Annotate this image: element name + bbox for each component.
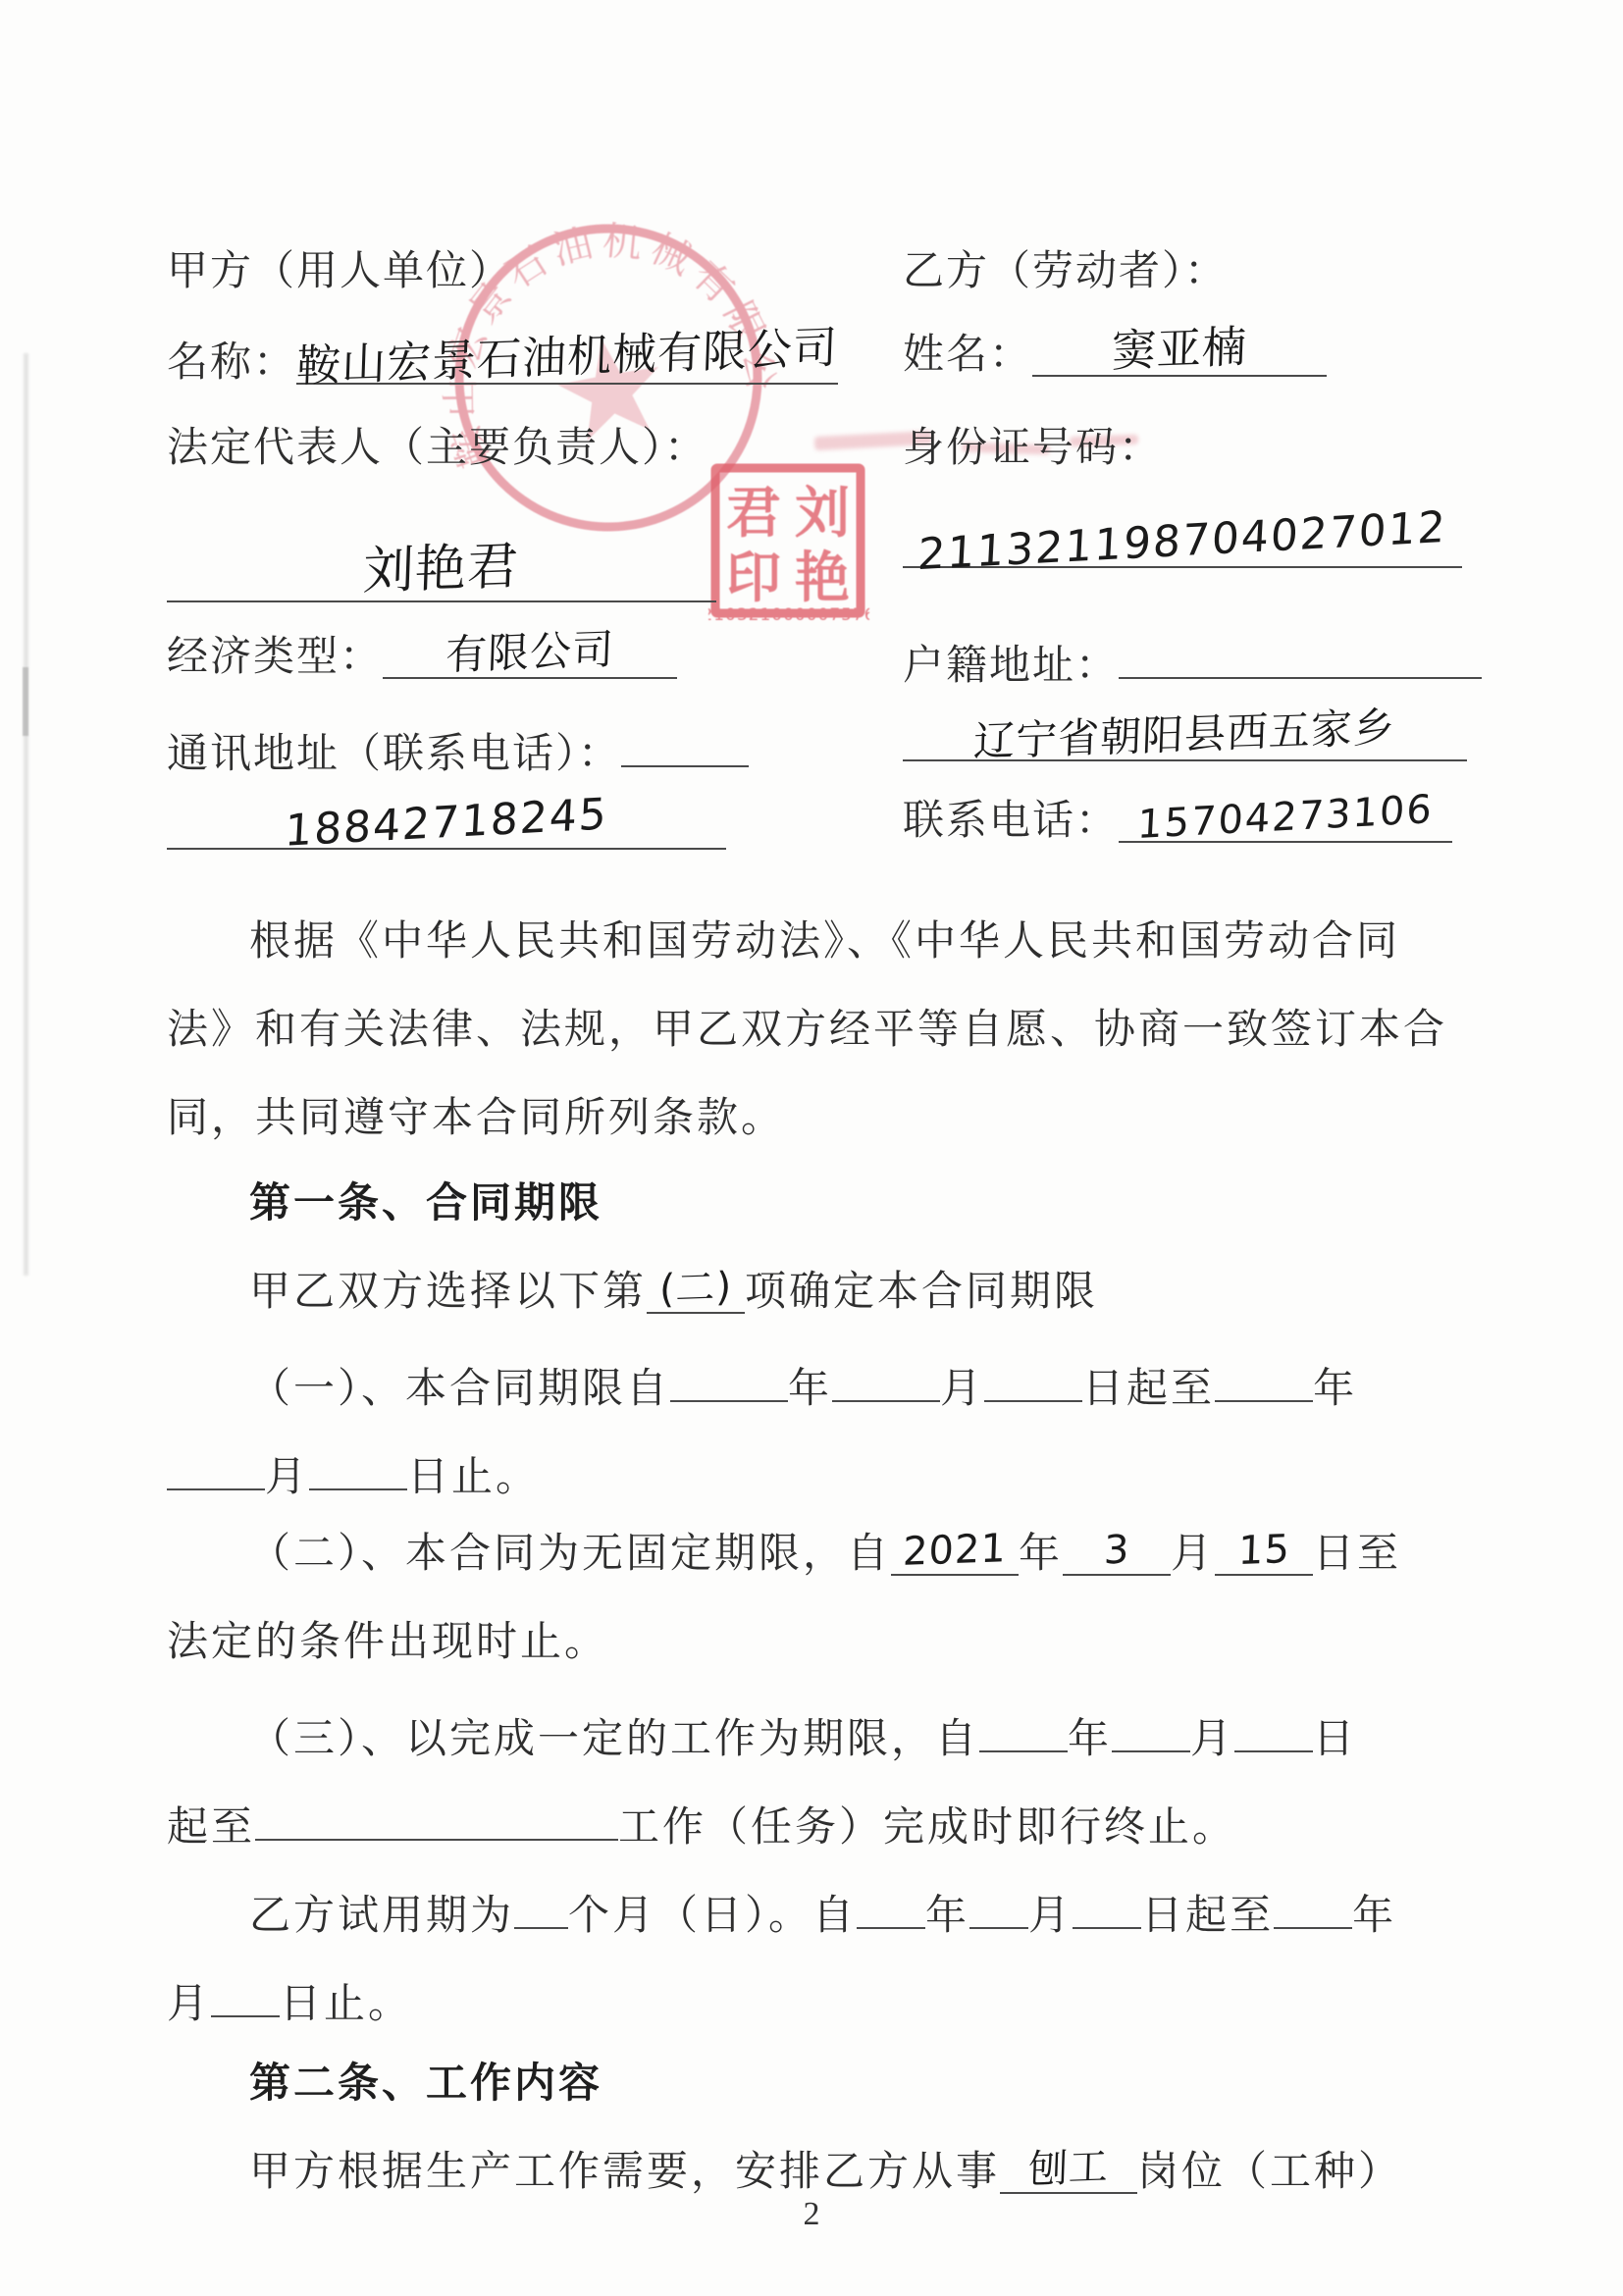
year-token: 年 — [1313, 1367, 1357, 1412]
party-a-title: 甲方（用人单位） — [167, 240, 512, 303]
company-name-field: 鞍山宏景石油机械有限公司 — [296, 332, 838, 385]
year-token: 年 — [788, 1367, 832, 1412]
party-b-phone-row: 联系电话：15704273106 — [903, 790, 1452, 853]
party-a-phone-handwriting: 18842718245 — [284, 793, 609, 853]
party-b-phone-handwriting: 15704273106 — [1136, 790, 1435, 845]
residence-label-row: 户籍地址： — [903, 626, 1482, 689]
residence-label: 户籍地址： — [903, 644, 1119, 689]
economic-type-field: 有限公司 — [383, 626, 677, 679]
term-select-line: 甲乙双方选择以下第(二)项确定本合同期限 — [167, 1261, 1584, 1324]
blank-field — [167, 1437, 265, 1490]
party-a-phone-row: 18842718245 — [167, 797, 726, 860]
party-b-name-row: 姓名：窦亚楠 — [903, 324, 1327, 387]
work-post: 岗位（工种） — [1137, 2150, 1402, 2195]
scan-edge-mark — [23, 667, 28, 736]
option-1-line-2: 月日止。 — [167, 1437, 1501, 1500]
economic-type-row: 经济类型：有限公司 — [167, 626, 677, 689]
residence-value-field: 辽宁省朝阳县西五家乡 — [903, 708, 1467, 761]
start-year-field: 2021 — [891, 1523, 1019, 1576]
worker-name-field: 窦亚楠 — [1032, 324, 1327, 377]
personal-seal-char: 印 — [726, 548, 781, 609]
personal-seal-char: 艳 — [795, 548, 850, 609]
option-3-line-2-pre: 起至 — [167, 1805, 255, 1851]
blank-field — [211, 1964, 280, 2017]
article-1-heading: 第一条、合同期限 — [167, 1173, 1584, 1235]
contract-scan-page: 鞍山宏景石油机械有限公司 刘 艳 君 印 210321000007576 甲方（… — [0, 0, 1623, 2296]
company-name-label: 名称： — [167, 340, 296, 386]
start-month-handwriting: 3 — [1103, 1531, 1130, 1571]
intro-line-2: 法》和有关法律、法规，甲乙双方经平等自愿、协商一致签订本合 — [167, 999, 1501, 1062]
blank-field — [1274, 1876, 1352, 1929]
mailing-address-label: 通讯地址（联系电话）： — [167, 732, 621, 777]
blank-field — [979, 1699, 1068, 1752]
start-day-handwriting: 15 — [1237, 1530, 1290, 1571]
personal-seal-number: 210321000007576 — [708, 605, 869, 625]
blank-field — [984, 1349, 1082, 1402]
month-token: 月 — [1190, 1717, 1234, 1762]
month-token: 月 — [167, 1982, 211, 2027]
start-month-field: 3 — [1063, 1523, 1171, 1576]
party-a-phone-field: 18842718245 — [167, 797, 726, 850]
party-a-name-row: 名称：鞍山宏景石油机械有限公司 — [167, 332, 838, 394]
party-b-phone-field: 15704273106 — [1119, 790, 1452, 843]
option-1-pre: （一）、本合同期限自 — [249, 1367, 670, 1412]
option-1-line-1: （一）、本合同期限自年月日起至年 — [167, 1349, 1584, 1412]
blank-field — [1215, 1349, 1313, 1402]
day-from-token: 日起至 — [1141, 1894, 1274, 1939]
year-token: 年 — [1068, 1717, 1112, 1762]
work-content-line: 甲方根据生产工作需要，安排乙方从事刨工岗位（工种） — [167, 2141, 1584, 2204]
option-3-line-2: 起至工作（任务）完成时即行终止。 — [167, 1788, 1501, 1851]
probation-pre: 乙方试用期为 — [249, 1894, 514, 1939]
option-3-line-1: （三）、以完成一定的工作为期限，自年月日 — [167, 1699, 1584, 1762]
blank-field — [832, 1349, 940, 1402]
personal-seal: 刘 艳 君 印 210321000007576 — [708, 461, 869, 628]
month-token: 月 — [940, 1367, 984, 1412]
mailing-address-blank — [621, 714, 749, 767]
worker-name-handwriting: 窦亚楠 — [1111, 325, 1248, 374]
id-number-handwriting: 211321198704027012 — [916, 506, 1447, 577]
blank-field — [309, 1437, 407, 1490]
task-blank-field — [255, 1788, 618, 1841]
article-2-heading: 第二条、工作内容 — [167, 2053, 1584, 2115]
blank-field — [1073, 1876, 1141, 1929]
year-token: 年 — [925, 1894, 969, 1939]
residence-handwriting: 辽宁省朝阳县西五家乡 — [973, 706, 1396, 762]
residence-value-row: 辽宁省朝阳县西五家乡 — [903, 708, 1467, 771]
month-token: 月 — [265, 1455, 309, 1500]
option-2-line-2: 法定的条件出现时止。 — [167, 1611, 1501, 1674]
probation-line-2: 月日止。 — [167, 1964, 1501, 2027]
blank-field — [969, 1876, 1028, 1929]
personal-seal-char: 刘 — [795, 484, 850, 545]
legal-rep-label: 法定代表人（主要负责人）： — [167, 417, 707, 480]
job-type-field: 刨工 — [1000, 2141, 1137, 2194]
id-number-field: 211321198704027012 — [903, 515, 1462, 568]
blank-field — [1234, 1699, 1313, 1752]
blank-field — [514, 1876, 568, 1929]
year-token: 年 — [1352, 1894, 1396, 1939]
intro-line-3: 同，共同遵守本合同所列条款。 — [167, 1087, 1501, 1150]
start-year-handwriting: 2021 — [902, 1529, 1007, 1572]
blank-field — [670, 1349, 788, 1402]
probation-line-1: 乙方试用期为个月（日）。自年月日起至年 — [167, 1876, 1584, 1939]
residence-field-blank — [1119, 626, 1482, 679]
month-token: 月 — [1028, 1894, 1073, 1939]
economic-type-handwriting: 有限公司 — [445, 629, 614, 676]
id-number-label: 身份证号码： — [903, 417, 1162, 480]
intro-line-1: 根据《中华人民共和国劳动法》、《中华人民共和国劳动合同 — [167, 911, 1584, 973]
legal-rep-signature-field: 刘艳君 — [167, 549, 716, 602]
blank-field — [1112, 1699, 1190, 1752]
legal-rep-signature-row: 刘艳君 — [167, 549, 716, 612]
job-type-handwriting: 刨工 — [1027, 2148, 1109, 2190]
economic-type-label: 经济类型： — [167, 635, 383, 680]
page-number: 2 — [0, 2196, 1623, 2233]
month-token: 月 — [1171, 1532, 1215, 1577]
start-day-field: 15 — [1215, 1523, 1313, 1576]
day-stop-token: 日止。 — [407, 1455, 540, 1500]
blank-field — [857, 1876, 925, 1929]
party-b-phone-label: 联系电话： — [903, 799, 1119, 844]
personal-seal-char: 君 — [726, 484, 781, 545]
day-stop-token: 日止。 — [280, 1982, 412, 2027]
term-select-field: (二) — [647, 1261, 745, 1314]
day-from-token: 日起至 — [1082, 1367, 1215, 1412]
year-token: 年 — [1019, 1532, 1063, 1577]
work-pre: 甲方根据生产工作需要，安排乙方从事 — [249, 2150, 1000, 2195]
day-token: 日 — [1313, 1717, 1357, 1762]
id-number-value-row: 211321198704027012 — [903, 515, 1462, 578]
term-select-handwriting: (二) — [658, 1268, 733, 1310]
option-2-pre: （二）、本合同为无固定期限，自 — [249, 1532, 891, 1577]
mailing-address-row: 通讯地址（联系电话）： — [167, 714, 749, 777]
option-3-pre: （三）、以完成一定的工作为期限，自 — [249, 1717, 979, 1762]
worker-name-label: 姓名： — [903, 333, 1032, 378]
probation-mid: 个月（日）。自 — [568, 1894, 857, 1939]
term-select-post: 项确定本合同期限 — [745, 1270, 1098, 1315]
scan-edge-artifact — [24, 353, 28, 1276]
party-b-title: 乙方（劳动者）： — [903, 240, 1228, 303]
legal-rep-signature-handwriting: 刘艳君 — [363, 541, 521, 598]
term-select-pre: 甲乙双方选择以下第 — [249, 1270, 647, 1315]
day-to-token: 日至 — [1313, 1532, 1401, 1577]
option-3-line-2-post: 工作（任务）完成时即行终止。 — [618, 1805, 1236, 1851]
option-2-line-1: （二）、本合同为无固定期限，自2021年3月15日至 — [167, 1523, 1584, 1586]
company-name-handwriting: 鞍山宏景石油机械有限公司 — [295, 325, 838, 388]
